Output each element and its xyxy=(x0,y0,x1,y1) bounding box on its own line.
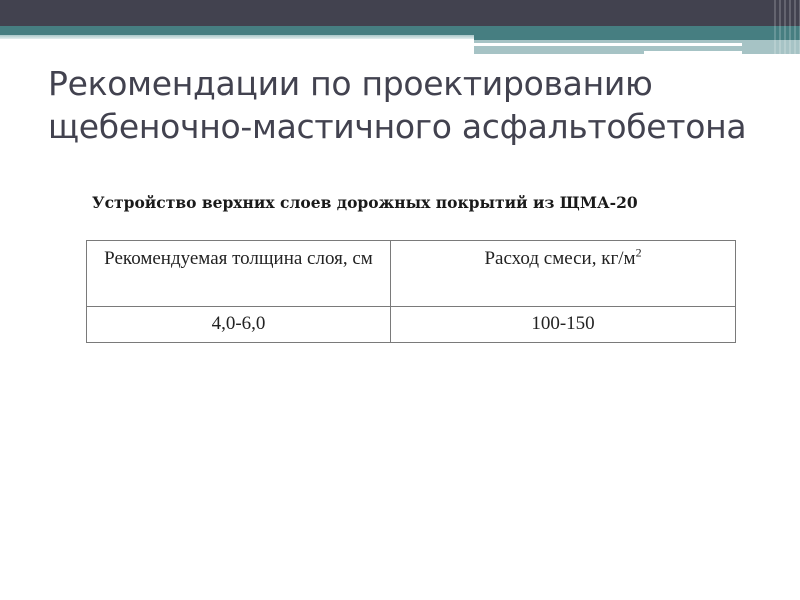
header-light-bar-lower xyxy=(474,46,644,54)
cell-consumption-value: 100-150 xyxy=(391,307,736,343)
header-teal-bar-left xyxy=(0,26,474,35)
header-cell-thickness: Рекомендуемая толщина слоя, см xyxy=(87,241,391,307)
header-teal-bar-right xyxy=(474,26,800,40)
header-teal-fade xyxy=(0,35,474,39)
header-stripes xyxy=(774,0,800,54)
header-cell-consumption: Расход смеси, кг/м2 xyxy=(391,241,736,307)
header-superscript: 2 xyxy=(636,246,642,260)
recommendation-table: Рекомендуемая толщина слоя, см Расход см… xyxy=(86,240,736,343)
header-white-line xyxy=(474,43,742,45)
table-header-row: Рекомендуемая толщина слоя, см Расход см… xyxy=(87,241,736,307)
header-text-thickness: Рекомендуемая толщина слоя, см xyxy=(104,248,373,269)
cell-thickness-value: 4,0-6,0 xyxy=(87,307,391,343)
table-caption: Устройство верхних слоев дорожных покрыт… xyxy=(92,193,772,212)
header-dark-bar xyxy=(0,0,800,26)
header-light-bar-lower-right xyxy=(644,46,742,51)
header-text-consumption: Расход смеси, кг/м xyxy=(484,248,635,269)
table-row: 4,0-6,0 100-150 xyxy=(87,307,736,343)
slide-title: Рекомендации по проектированию щебеночно… xyxy=(48,62,748,148)
